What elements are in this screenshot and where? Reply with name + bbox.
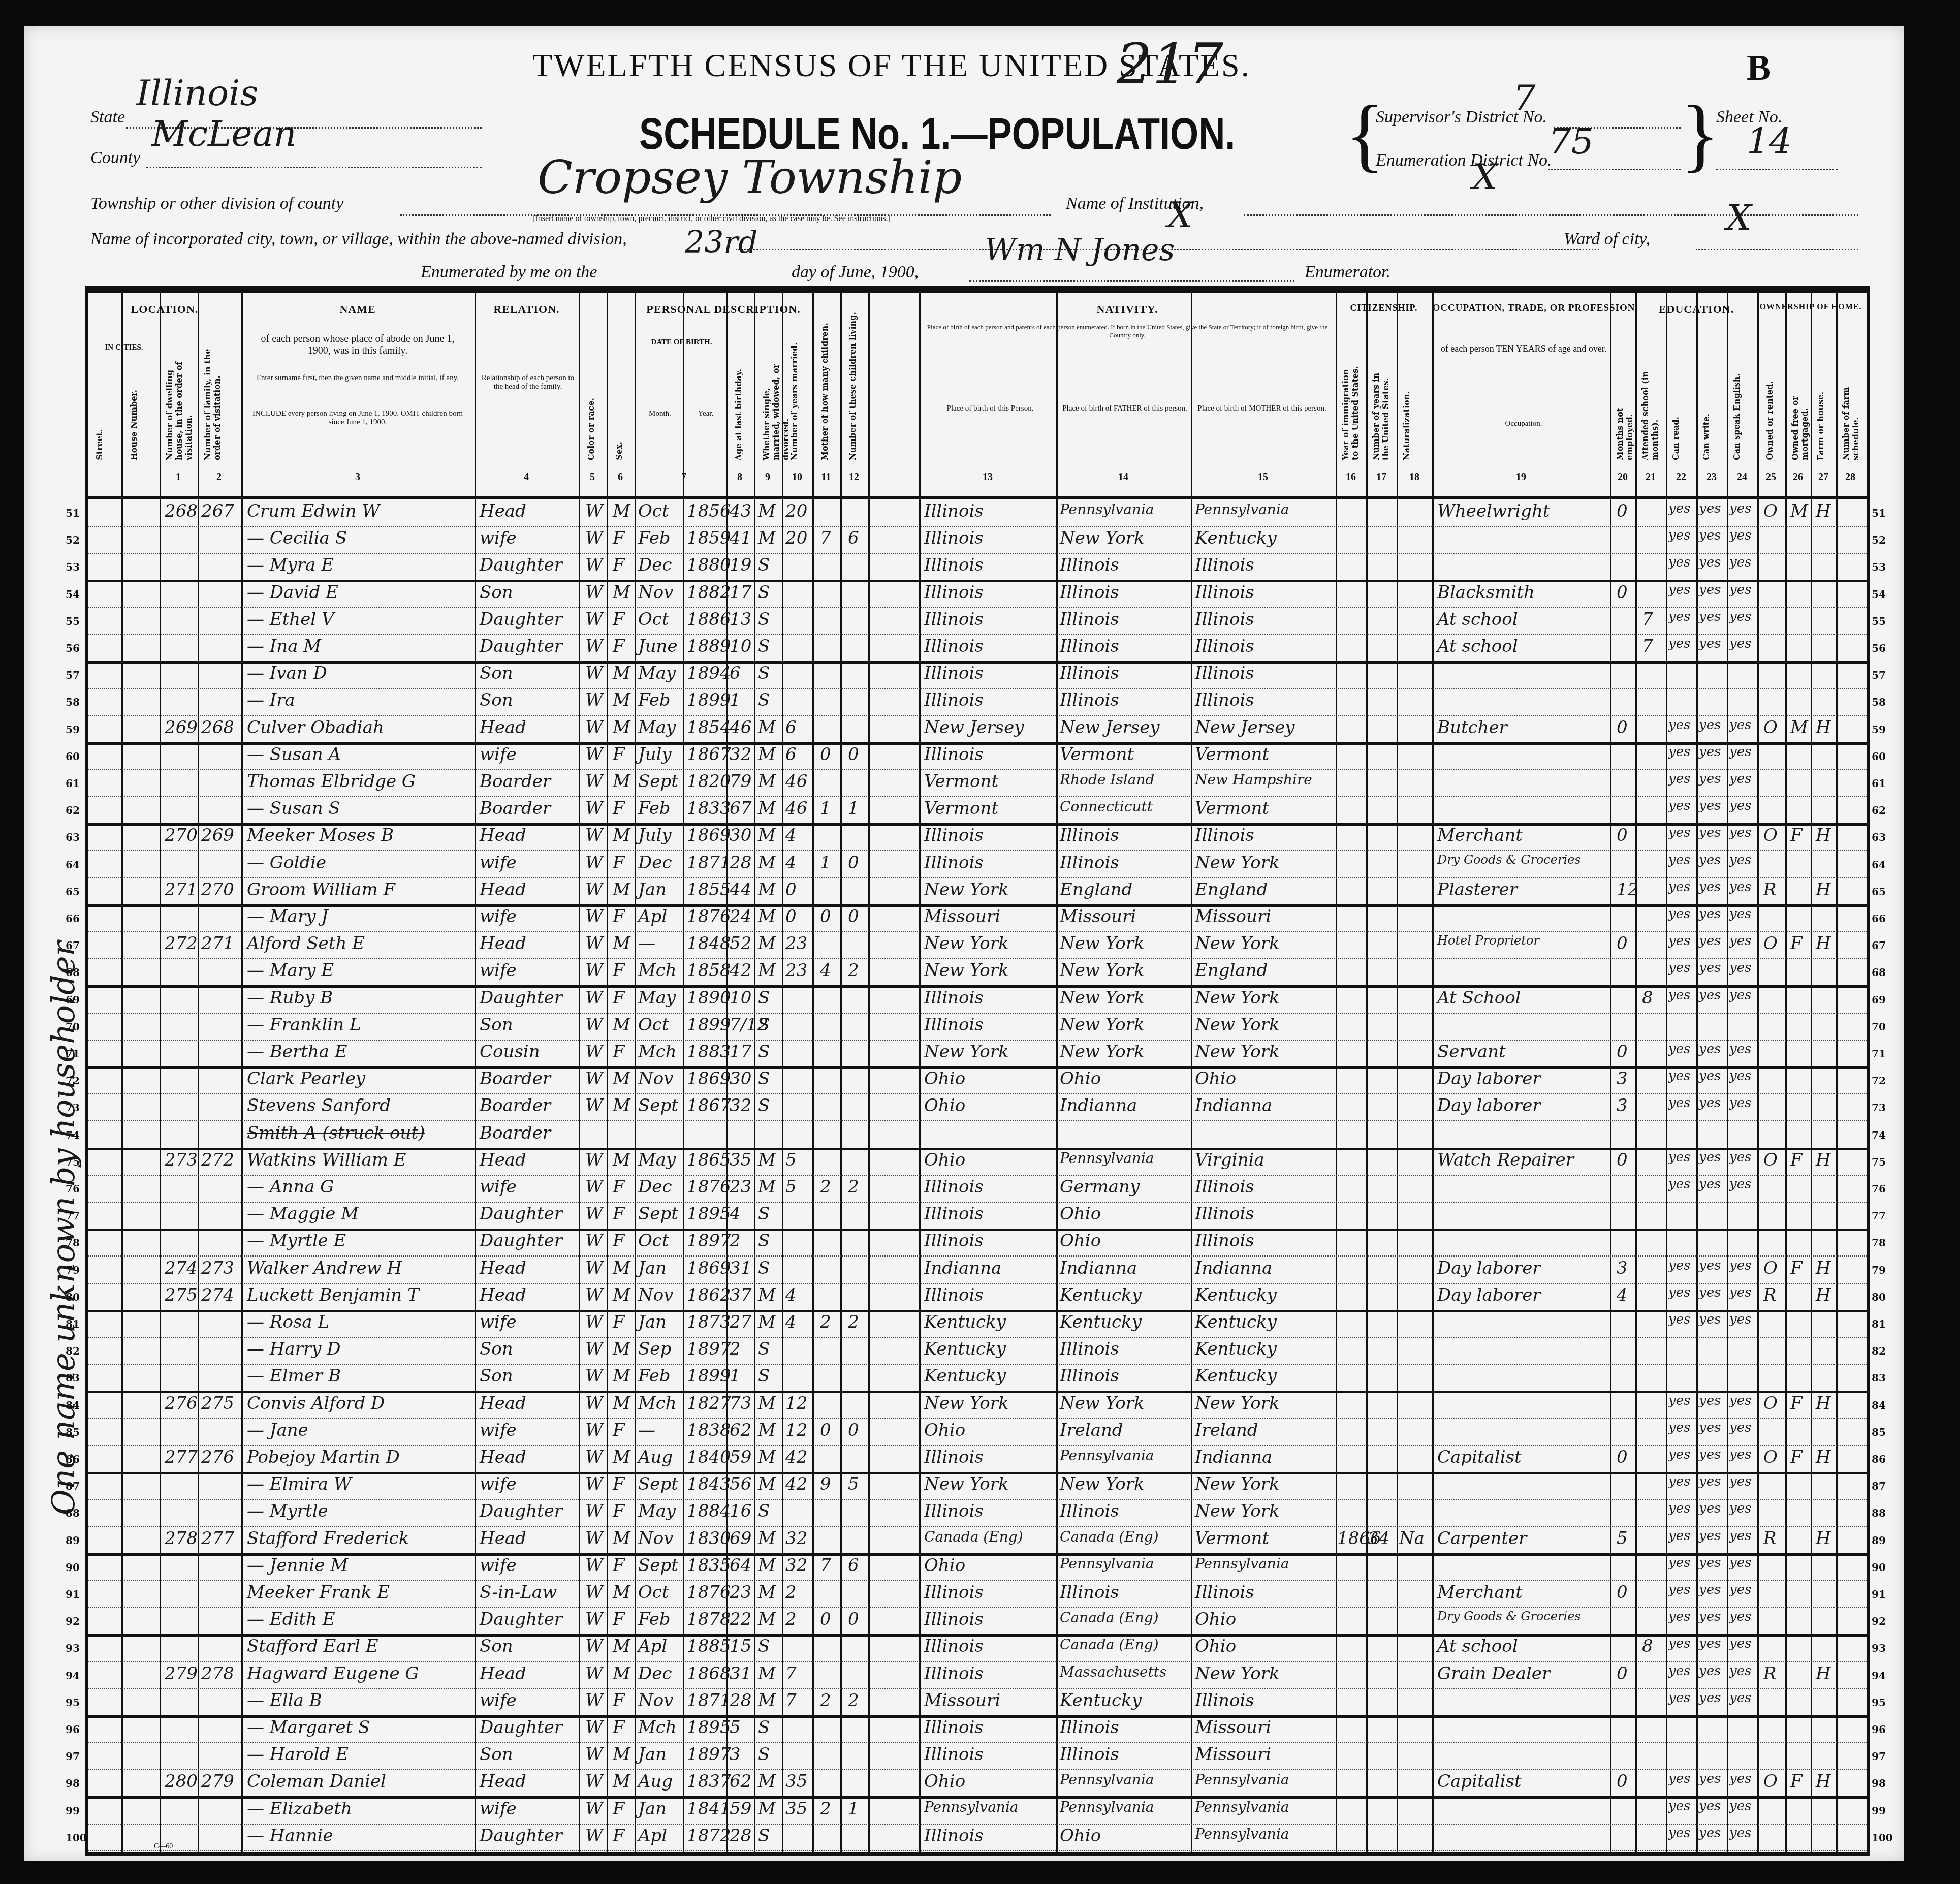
color: W xyxy=(585,1204,603,1224)
birthplace-person: Illinois xyxy=(924,636,984,656)
birthplace-mother: New York xyxy=(1195,1663,1280,1684)
person-name: — Hannie xyxy=(247,1826,333,1846)
can-read: yes xyxy=(1668,1609,1690,1624)
children-living: 0 xyxy=(848,1609,859,1629)
column-number: 20 xyxy=(1613,472,1633,483)
sex: M xyxy=(613,933,630,954)
birthplace-mother: Illinois xyxy=(1195,555,1254,575)
line-number: 53 xyxy=(1872,561,1886,573)
table-row: — Elmer BSonWMFeb18991SKentuckyIllinoisK… xyxy=(88,1364,1867,1393)
birth-year: 1894 xyxy=(687,663,731,683)
relation: Son xyxy=(480,1744,513,1765)
table-row: 269268Culver ObadiahHeadWMMay185446M6New… xyxy=(88,715,1867,745)
birthplace-father: Pennsylvania xyxy=(1060,1150,1154,1167)
birth-month: Sep xyxy=(638,1339,671,1359)
birth-month: Nov xyxy=(638,1528,673,1549)
color: W xyxy=(585,555,603,575)
color: W xyxy=(585,1150,603,1170)
color: W xyxy=(585,1042,603,1062)
birth-year: 1882 xyxy=(687,582,731,603)
color: W xyxy=(585,1393,603,1414)
header-house-number: House Number. xyxy=(129,390,139,460)
color: W xyxy=(585,988,603,1008)
age: 41 xyxy=(730,528,751,548)
can-read: yes xyxy=(1668,825,1690,840)
line-number-left: 64 xyxy=(66,859,80,871)
header-immigration: Year of immigration to the United States… xyxy=(1341,359,1360,460)
color: W xyxy=(585,933,603,954)
mother-of: 2 xyxy=(820,1312,831,1332)
children-living: 2 xyxy=(848,1177,859,1197)
column-number: 27 xyxy=(1813,472,1833,483)
header-naturalization: Naturalization. xyxy=(1402,391,1411,460)
occupation: Butcher xyxy=(1437,717,1507,738)
marital-status: M xyxy=(758,825,776,845)
birth-year: 1855 xyxy=(687,880,731,900)
line-number: 59 xyxy=(1872,724,1886,736)
color: W xyxy=(585,1420,603,1440)
marital-status: S xyxy=(758,636,770,656)
birth-month: Oct xyxy=(638,501,669,521)
can-read: yes xyxy=(1668,1069,1690,1084)
can-speak: yes xyxy=(1729,1582,1751,1597)
owned-rented: O xyxy=(1763,1393,1778,1414)
marital-status: S xyxy=(758,609,770,630)
birth-year: 1840 xyxy=(687,1447,731,1467)
age: 30 xyxy=(730,825,751,845)
mother-of: 1 xyxy=(820,798,831,819)
color: W xyxy=(585,1636,603,1656)
birthplace-person: Illinois xyxy=(924,1609,984,1629)
line-number-left: 81 xyxy=(66,1318,80,1330)
color: W xyxy=(585,1258,603,1278)
birthplace-father: New York xyxy=(1060,528,1145,548)
color: W xyxy=(585,1717,603,1738)
months-unemployed: 12 xyxy=(1617,880,1638,900)
line-number: 72 xyxy=(1872,1075,1886,1087)
can-write: yes xyxy=(1699,1771,1721,1786)
age: 5 xyxy=(730,1717,741,1738)
relation: S-in-Law xyxy=(480,1582,557,1603)
color: W xyxy=(585,636,603,656)
enumerated-suffix: day of June, 1900, xyxy=(792,263,919,282)
years-married: 46 xyxy=(785,771,807,792)
birth-year: 1899 xyxy=(687,690,731,710)
relation: Son xyxy=(480,663,513,683)
table-row: 268267Crum Edwin WHeadWMOct185643M20Illi… xyxy=(88,499,1867,527)
relation: wife xyxy=(480,1690,517,1711)
can-read: yes xyxy=(1668,1177,1690,1192)
birth-month: Feb xyxy=(638,1366,671,1386)
birthplace-mother: Illinois xyxy=(1195,690,1254,710)
years-married: 20 xyxy=(785,528,807,548)
can-speak: yes xyxy=(1729,906,1751,922)
family-number: 279 xyxy=(201,1771,234,1792)
birthplace-person: Canada (Eng) xyxy=(924,1528,1023,1545)
line-number: 71 xyxy=(1872,1048,1886,1060)
relation: Son xyxy=(480,1015,513,1035)
relation: Daughter xyxy=(480,609,562,630)
marital-status: S xyxy=(758,1231,770,1251)
table-row: — Edith EDaughterWFFeb187822M200Illinois… xyxy=(88,1607,1867,1637)
color: W xyxy=(585,1447,603,1467)
birthplace-father: New York xyxy=(1060,1393,1145,1414)
children-living: 2 xyxy=(848,960,859,981)
birthplace-father: New York xyxy=(1060,988,1145,1008)
sex: F xyxy=(613,1204,625,1224)
person-name: Culver Obadiah xyxy=(247,717,384,738)
age: 28 xyxy=(730,853,751,873)
color: W xyxy=(585,1366,603,1386)
person-name: Stafford Earl E xyxy=(247,1636,378,1656)
birthplace-father: Kentucky xyxy=(1060,1690,1142,1711)
person-name: — Ira xyxy=(247,690,295,710)
naturalization: Na xyxy=(1399,1528,1425,1549)
sheet-value: 14 xyxy=(1747,120,1792,162)
birthplace-person: Kentucky xyxy=(924,1366,1006,1386)
birthplace-father: Illinois xyxy=(1060,609,1119,630)
sex: F xyxy=(613,1312,625,1332)
years-married: 0 xyxy=(785,906,797,927)
line-number: 57 xyxy=(1872,669,1886,681)
table-row: — HannieDaughterWFApl187228SIllinoisOhio… xyxy=(88,1824,1867,1851)
line-number: 100 xyxy=(1872,1832,1893,1844)
color: W xyxy=(585,1744,603,1765)
sex: F xyxy=(613,798,625,819)
birthplace-mother: Indianna xyxy=(1195,1447,1272,1467)
age: 6 xyxy=(730,663,741,683)
birthplace-mother: Kentucky xyxy=(1195,528,1277,548)
dwelling-number: 279 xyxy=(165,1663,198,1684)
person-name: Smith A (struck out) xyxy=(247,1123,425,1143)
header-family: Number of family, in the order of visita… xyxy=(203,349,222,460)
line-number: 82 xyxy=(1872,1345,1886,1357)
mother-of: 9 xyxy=(820,1474,831,1494)
color: W xyxy=(585,582,603,603)
can-write: yes xyxy=(1699,717,1721,733)
line-number-left: 96 xyxy=(66,1723,80,1736)
city-value: X xyxy=(1167,194,1193,236)
line-number-left: 74 xyxy=(66,1129,80,1141)
relation: Head xyxy=(480,1285,526,1305)
can-write: yes xyxy=(1699,555,1721,570)
months-unemployed: 5 xyxy=(1617,1528,1628,1549)
birthplace-father: New Jersey xyxy=(1060,717,1160,738)
person-name: — Susan S xyxy=(247,798,340,819)
column-number: 22 xyxy=(1671,472,1691,483)
age: 44 xyxy=(730,880,751,900)
can-write: yes xyxy=(1699,1799,1721,1814)
birthplace-person: Ohio xyxy=(924,1150,965,1170)
birth-month: Mch xyxy=(638,960,677,981)
column-number: 12 xyxy=(844,472,864,483)
birthplace-mother: Vermont xyxy=(1195,798,1269,819)
can-write: yes xyxy=(1699,1258,1721,1273)
age: 31 xyxy=(730,1258,751,1278)
months-unemployed: 0 xyxy=(1617,1447,1628,1467)
occupation: Dry Goods & Groceries xyxy=(1437,1609,1581,1623)
birthplace-mother: Kentucky xyxy=(1195,1312,1277,1332)
enumerator-line xyxy=(969,280,1294,282)
occupation: Blacksmith xyxy=(1437,582,1535,603)
can-speak: yes xyxy=(1729,501,1751,516)
line-number: 78 xyxy=(1872,1237,1886,1249)
birth-month: May xyxy=(638,1501,676,1521)
dwelling-number: 278 xyxy=(165,1528,198,1549)
birthplace-mother: Missouri xyxy=(1195,1717,1271,1738)
birth-month: Jan xyxy=(638,1744,667,1765)
sex: F xyxy=(613,960,625,981)
years-married: 6 xyxy=(785,717,797,738)
birthplace-person: Vermont xyxy=(924,798,998,819)
mother-of: 1 xyxy=(820,853,831,873)
person-name: Meeker Moses B xyxy=(247,825,394,845)
marital-status: M xyxy=(758,853,776,873)
children-living: 2 xyxy=(848,1312,859,1332)
can-read: yes xyxy=(1668,1690,1690,1706)
can-read: yes xyxy=(1668,1663,1690,1679)
family-number: 269 xyxy=(201,825,234,845)
header-attended-school: Attended school (in months). xyxy=(1640,359,1660,460)
can-speak: yes xyxy=(1729,1042,1751,1057)
farm-house: H xyxy=(1816,1150,1831,1170)
birthplace-mother: England xyxy=(1195,880,1268,900)
color: W xyxy=(585,880,603,900)
table-row: — Ethel VDaughterWFOct188613SIllinoisIll… xyxy=(88,607,1867,635)
column-number: 14 xyxy=(1113,472,1133,483)
sex: M xyxy=(613,690,630,710)
sex: M xyxy=(613,1447,630,1467)
birthplace-person: Illinois xyxy=(924,501,984,521)
birthplace-mother: Pennsylvania xyxy=(1195,501,1289,518)
birth-year: 1889 xyxy=(687,636,731,656)
person-name: — Maggie M xyxy=(247,1204,359,1224)
years-married: 32 xyxy=(785,1555,807,1576)
marital-status: S xyxy=(758,1042,770,1062)
children-living: 0 xyxy=(848,853,859,873)
birth-month: Sept xyxy=(638,1204,678,1224)
relation: Son xyxy=(480,1366,513,1386)
table-row: — Ivan DSonWMMay18946SIllinoisIllinoisIl… xyxy=(88,661,1867,689)
birthplace-mother: Ohio xyxy=(1195,1069,1236,1089)
header-name-instr1: Enter surname first, then the given name… xyxy=(251,374,464,383)
can-read: yes xyxy=(1668,1393,1690,1408)
sex: F xyxy=(613,1042,625,1062)
header-color: Color or race. xyxy=(586,398,596,460)
birthplace-person: Illinois xyxy=(924,1717,984,1738)
birthplace-person: Ohio xyxy=(924,1420,965,1440)
birth-month: Jan xyxy=(638,1312,667,1332)
line-number: 62 xyxy=(1872,804,1886,817)
age: 10 xyxy=(730,636,751,656)
birth-month: May xyxy=(638,663,676,683)
can-write: yes xyxy=(1699,960,1721,976)
years-married: 12 xyxy=(785,1393,807,1414)
can-read: yes xyxy=(1668,960,1690,976)
birthplace-mother: Indianna xyxy=(1195,1095,1272,1116)
line-number-left: 95 xyxy=(66,1697,80,1709)
marital-status: M xyxy=(758,1528,776,1549)
birth-month: Oct xyxy=(638,1231,669,1251)
marital-status: S xyxy=(758,690,770,710)
sex: F xyxy=(613,744,625,765)
relation: wife xyxy=(480,853,517,873)
owned-rented: R xyxy=(1763,880,1777,900)
family-number: 274 xyxy=(201,1285,234,1305)
relation: Head xyxy=(480,1528,526,1549)
person-name: — Margaret S xyxy=(247,1717,370,1738)
birthplace-father: Canada (Eng) xyxy=(1060,1528,1159,1545)
person-name: — Myra E xyxy=(247,555,334,575)
birthplace-person: Illinois xyxy=(924,1015,984,1035)
header-date-of-birth: DATE OF BIRTH. xyxy=(637,338,726,347)
sex: M xyxy=(613,1582,630,1603)
person-name: — Ivan D xyxy=(247,663,327,683)
free-mortgaged: M xyxy=(1790,717,1808,738)
sex: F xyxy=(613,636,625,656)
family-number: 270 xyxy=(201,880,234,900)
age: 28 xyxy=(730,1690,751,1711)
birthplace-father: Illinois xyxy=(1060,1717,1119,1738)
can-speak: yes xyxy=(1729,880,1751,895)
person-name: — Goldie xyxy=(247,853,326,873)
birth-year: 1820 xyxy=(687,771,731,792)
color: W xyxy=(585,663,603,683)
can-read: yes xyxy=(1668,1150,1690,1165)
birthplace-father: Illinois xyxy=(1060,663,1119,683)
birth-month: Feb xyxy=(638,528,671,548)
farm-house: H xyxy=(1816,717,1831,738)
years-married: 20 xyxy=(785,501,807,521)
birthplace-mother: Vermont xyxy=(1195,1528,1269,1549)
line-number-left: 98 xyxy=(66,1777,80,1789)
line-number-left: 87 xyxy=(66,1480,80,1492)
owned-rented: R xyxy=(1763,1285,1777,1305)
birth-month: Oct xyxy=(638,1015,669,1035)
can-speak: yes xyxy=(1729,960,1751,976)
birth-year: 1897 xyxy=(687,1231,731,1251)
age: 17 xyxy=(730,582,751,603)
marital-status: M xyxy=(758,1177,776,1197)
line-number-left: 76 xyxy=(66,1183,80,1195)
sex: M xyxy=(613,663,630,683)
birthplace-mother: Kentucky xyxy=(1195,1339,1277,1359)
table-row: — Mary JwifeWFApl187624M000MissouriMisso… xyxy=(88,904,1867,932)
family-number: 271 xyxy=(201,933,234,954)
relation: Daughter xyxy=(480,555,562,575)
can-read: yes xyxy=(1668,1501,1690,1516)
relation: Son xyxy=(480,1636,513,1656)
color: W xyxy=(585,501,603,521)
birth-year: 1862 xyxy=(687,1285,731,1305)
color: W xyxy=(585,1069,603,1089)
line-number-left: 92 xyxy=(66,1615,80,1627)
birthplace-mother: New York xyxy=(1195,1393,1280,1414)
birthplace-person: Kentucky xyxy=(924,1339,1006,1359)
birthplace-person: Illinois xyxy=(924,853,984,873)
relation: wife xyxy=(480,1420,517,1440)
birthplace-mother: Ohio xyxy=(1195,1636,1236,1656)
occupation: Watch Repairer xyxy=(1437,1150,1574,1170)
table-row: — Harry DSonWMSep18972SKentuckyIllinoisK… xyxy=(88,1337,1867,1365)
sex: F xyxy=(613,1501,625,1521)
can-write: yes xyxy=(1699,1690,1721,1706)
color: W xyxy=(585,1663,603,1684)
can-write: yes xyxy=(1699,1177,1721,1192)
birth-month: May xyxy=(638,1150,676,1170)
sex: M xyxy=(613,1528,630,1549)
line-number-left: 67 xyxy=(66,939,80,952)
age: 52 xyxy=(730,933,751,954)
marital-status: M xyxy=(758,1663,776,1684)
birthplace-father: Illinois xyxy=(1060,1339,1119,1359)
age: 79 xyxy=(730,771,751,792)
census-sheet: TWELFTH CENSUS OF THE UNITED STATES. 217… xyxy=(24,26,1904,1861)
table-row: 270269Meeker Moses BHeadWMJuly186930M4Il… xyxy=(88,823,1867,851)
birthplace-father: Ohio xyxy=(1060,1204,1101,1224)
header-in-cities: IN CITIES. xyxy=(88,343,160,352)
dwelling-number: 273 xyxy=(165,1150,198,1170)
family-number: 272 xyxy=(201,1150,234,1170)
months-unemployed: 0 xyxy=(1617,1582,1628,1603)
can-read: yes xyxy=(1668,1528,1690,1544)
birth-month: July xyxy=(638,744,672,765)
school-months: 8 xyxy=(1642,988,1653,1008)
marital-status: S xyxy=(758,1095,770,1116)
birth-month: Oct xyxy=(638,609,669,630)
line-number: 67 xyxy=(1872,939,1886,952)
birthplace-person: Illinois xyxy=(924,1447,984,1467)
farm-house: H xyxy=(1816,825,1831,845)
marital-status: M xyxy=(758,528,776,548)
free-mortgaged: F xyxy=(1790,1393,1803,1414)
line-number: 65 xyxy=(1872,886,1886,898)
years-married: 35 xyxy=(785,1799,807,1819)
person-name: — Susan A xyxy=(247,744,341,765)
marital-status: S xyxy=(758,555,770,575)
birth-year: 1871 xyxy=(687,1690,731,1711)
years-married: 46 xyxy=(785,798,807,819)
birthplace-person: Illinois xyxy=(924,1285,984,1305)
relation: Boarder xyxy=(480,798,551,819)
marital-status: M xyxy=(758,1690,776,1711)
color: W xyxy=(585,960,603,981)
ward-label: Ward of city, xyxy=(1564,230,1650,249)
birthplace-person: Illinois xyxy=(924,1204,984,1224)
owned-rented: O xyxy=(1763,1258,1778,1278)
color: W xyxy=(585,1095,603,1116)
birth-month: Apl xyxy=(638,1826,667,1846)
can-speak: yes xyxy=(1729,1771,1751,1786)
birthplace-mother: Illinois xyxy=(1195,663,1254,683)
institution-line xyxy=(1244,214,1858,216)
birthplace-mother: Ireland xyxy=(1195,1420,1258,1440)
birth-month: Nov xyxy=(638,1690,673,1711)
sex: F xyxy=(613,1420,625,1440)
birth-year: 1858 xyxy=(687,960,731,981)
color: W xyxy=(585,771,603,792)
sex: M xyxy=(613,1366,630,1386)
farm-house: H xyxy=(1816,1528,1831,1549)
birthplace-mother: New Hampshire xyxy=(1195,771,1312,788)
line-number-left: 97 xyxy=(66,1750,80,1763)
years-married: 35 xyxy=(785,1771,807,1792)
can-read: yes xyxy=(1668,1042,1690,1057)
age: 2 xyxy=(730,1231,741,1251)
line-number-left: 57 xyxy=(66,669,80,681)
birthplace-father: Pennsylvania xyxy=(1060,1799,1154,1815)
birth-year: 1884 xyxy=(687,1501,731,1521)
